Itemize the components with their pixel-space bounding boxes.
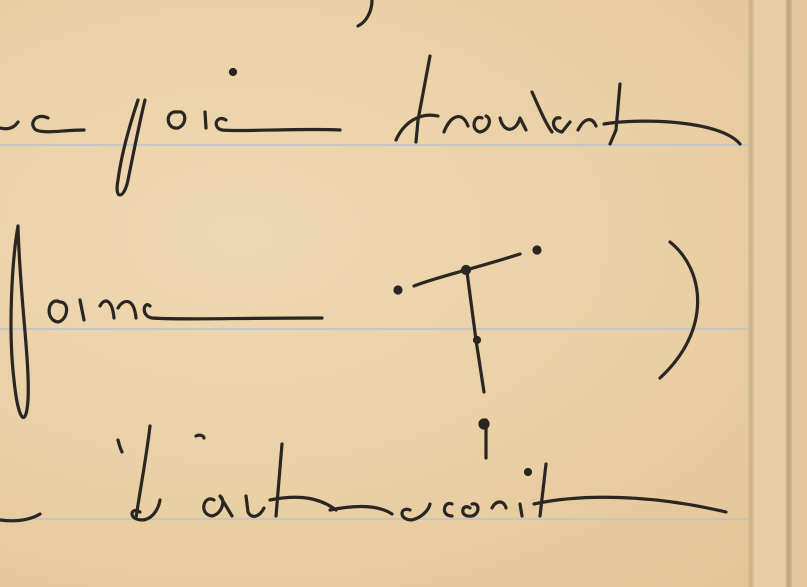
handwritten-line-3: …e était écrit [0, 476, 276, 522]
manuscript-page: …ec joie trouvant forme T ) …e était écr… [0, 0, 807, 587]
handwritten-line-1: …ec joie trouvant [0, 96, 358, 142]
handwritten-line-2: forme T ) [8, 284, 195, 330]
